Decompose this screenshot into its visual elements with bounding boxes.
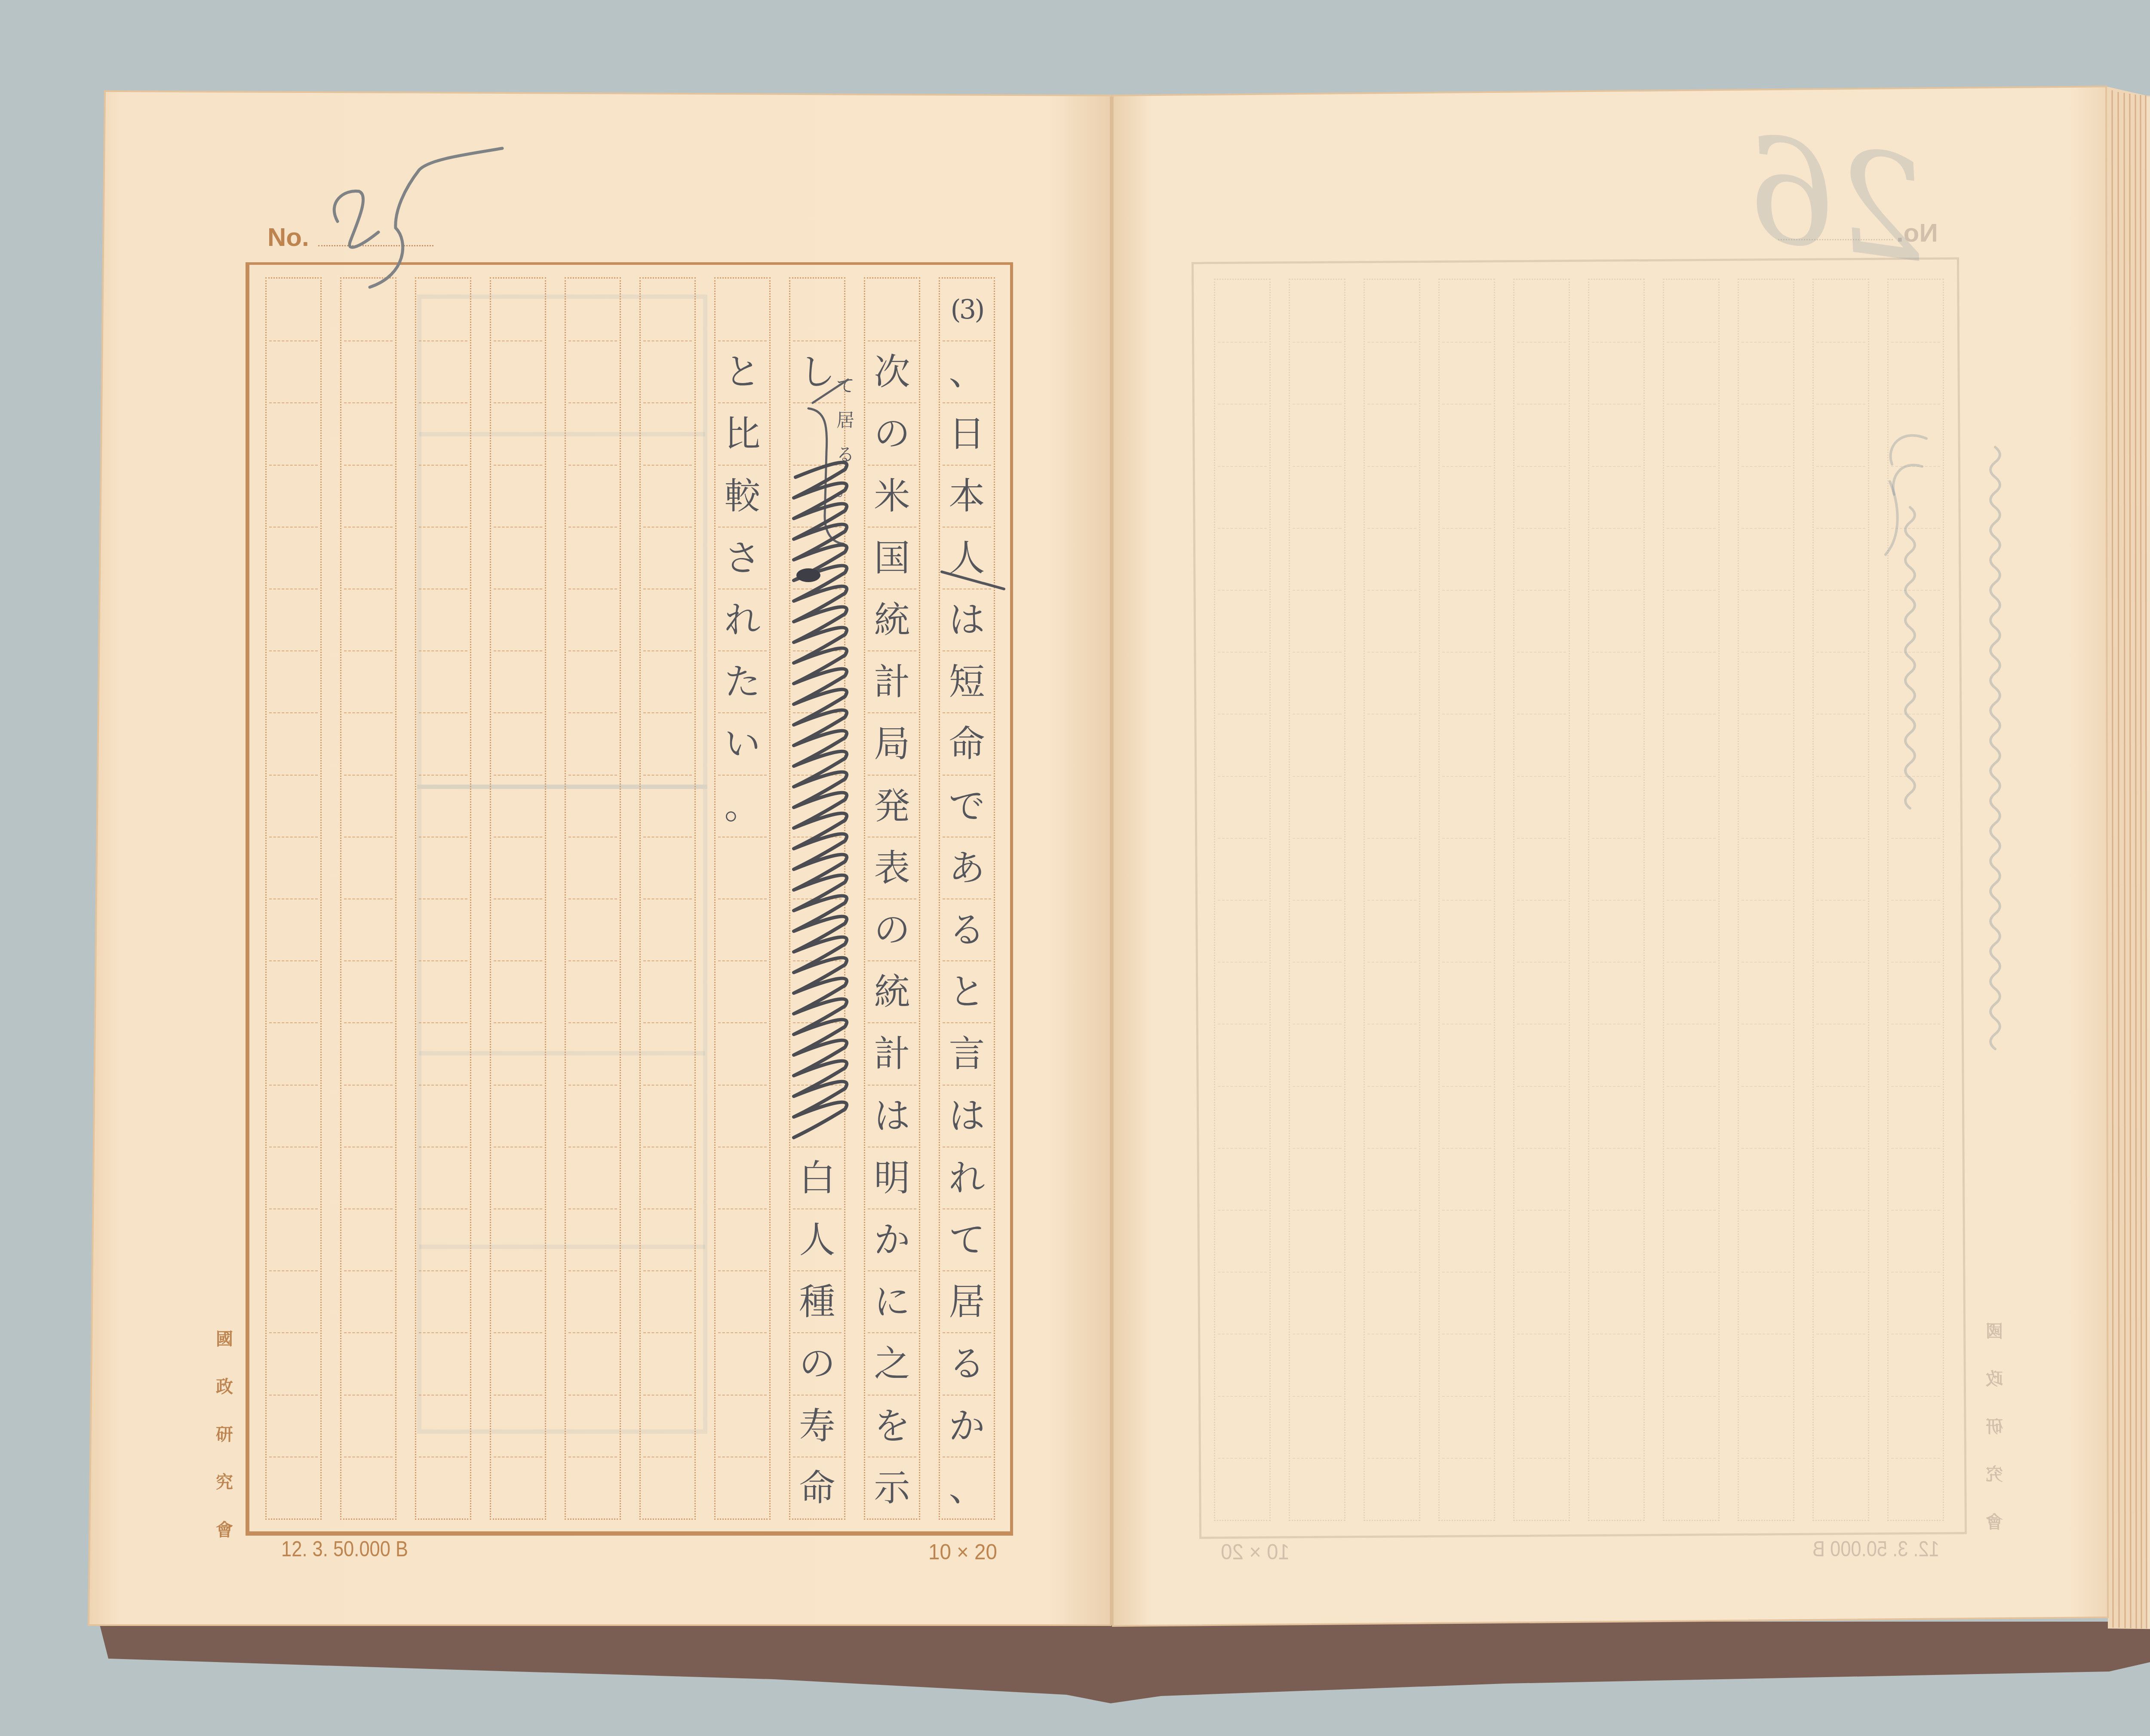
show-through-grid-format-wrap: 10 × 20 bbox=[1221, 1541, 1290, 1563]
manuscript-cell bbox=[1592, 714, 1641, 776]
manuscript-cell bbox=[1218, 652, 1267, 714]
manuscript-cell bbox=[793, 775, 842, 837]
manuscript-cell bbox=[1667, 1396, 1716, 1458]
notebook-photo: No. (3)、日本人は短命であると言はれて居るか、次の米国統計局発表の統計は明… bbox=[0, 0, 2150, 1736]
manuscript-cell bbox=[1442, 1458, 1491, 1520]
manuscript-cell bbox=[344, 589, 393, 650]
manuscript-cell bbox=[568, 1457, 617, 1518]
manuscript-cell: 之 bbox=[868, 1332, 916, 1394]
manuscript-cell bbox=[1741, 1086, 1791, 1148]
manuscript-cell bbox=[494, 899, 542, 960]
manuscript-cell: 人 bbox=[793, 1208, 842, 1270]
left-page-column-10 bbox=[265, 277, 322, 1520]
manuscript-cell bbox=[1816, 838, 1865, 900]
right-page-show-through-column-1 bbox=[1214, 279, 1271, 1521]
manuscript-cell bbox=[419, 1332, 467, 1394]
manuscript-cell bbox=[1442, 1334, 1491, 1396]
manuscript-cell bbox=[419, 1208, 467, 1270]
manuscript-cell bbox=[1816, 962, 1865, 1024]
manuscript-cell bbox=[1218, 342, 1267, 404]
manuscript-cell bbox=[1816, 1334, 1865, 1396]
manuscript-cell bbox=[1667, 1148, 1716, 1210]
manuscript-cell bbox=[494, 837, 542, 899]
manuscript-cell bbox=[1891, 342, 1940, 404]
manuscript-cell bbox=[643, 899, 692, 960]
manuscript-cell bbox=[1218, 962, 1267, 1024]
manuscript-cell: 人 bbox=[943, 527, 991, 589]
manuscript-cell bbox=[344, 1332, 393, 1394]
manuscript-cell bbox=[643, 1147, 692, 1208]
imprint-char: 會 bbox=[214, 1506, 235, 1554]
manuscript-cell: は bbox=[943, 589, 991, 650]
manuscript-cell: を bbox=[868, 1395, 916, 1457]
manuscript-cell bbox=[1293, 838, 1342, 900]
manuscript-cell bbox=[494, 1332, 542, 1394]
manuscript-cell bbox=[1816, 342, 1865, 404]
manuscript-cell bbox=[643, 1457, 692, 1518]
manuscript-cell bbox=[1891, 838, 1940, 900]
manuscript-cell bbox=[1293, 1086, 1342, 1148]
show-through-imprint-vertical: 國 政 研 究 會 bbox=[1984, 1308, 2005, 1546]
manuscript-cell bbox=[1741, 1272, 1791, 1334]
manuscript-cell bbox=[568, 402, 617, 464]
manuscript-cell bbox=[1442, 1272, 1491, 1334]
manuscript-cell bbox=[1517, 404, 1566, 466]
manuscript-cell bbox=[1592, 652, 1641, 714]
manuscript-cell bbox=[1816, 590, 1865, 652]
manuscript-cell bbox=[1442, 652, 1491, 714]
left-page-column-1: (3)、日本人は短命であると言はれて居るか、 bbox=[939, 277, 995, 1520]
manuscript-cell: あ bbox=[943, 837, 991, 899]
manuscript-cell bbox=[1592, 590, 1641, 652]
manuscript-cell bbox=[718, 1208, 767, 1270]
manuscript-cell bbox=[1517, 1272, 1566, 1334]
manuscript-cell bbox=[793, 1022, 842, 1084]
manuscript-cell bbox=[419, 899, 467, 960]
manuscript-cell bbox=[643, 837, 692, 899]
manuscript-cell bbox=[1218, 1458, 1267, 1520]
left-page-column-4: と比較されたい。 bbox=[714, 277, 771, 1520]
manuscript-cell bbox=[1218, 838, 1267, 900]
manuscript-cell bbox=[643, 712, 692, 774]
book-shadow bbox=[99, 1622, 2150, 1703]
manuscript-cell: と bbox=[943, 960, 991, 1022]
manuscript-cell bbox=[568, 340, 617, 402]
manuscript-cell bbox=[1592, 1024, 1641, 1086]
manuscript-cell: 寿 bbox=[793, 1395, 842, 1457]
manuscript-cell bbox=[1517, 962, 1566, 1024]
manuscript-cell bbox=[1293, 1396, 1342, 1458]
manuscript-cell bbox=[643, 650, 692, 712]
manuscript-cell bbox=[1741, 1210, 1791, 1272]
manuscript-cell bbox=[568, 837, 617, 899]
page-number-underline bbox=[318, 245, 433, 246]
manuscript-cell bbox=[1517, 280, 1566, 342]
manuscript-cell bbox=[269, 1395, 318, 1457]
manuscript-cell bbox=[643, 1085, 692, 1147]
manuscript-cell bbox=[1517, 652, 1566, 714]
manuscript-cell bbox=[793, 527, 842, 589]
manuscript-cell bbox=[793, 712, 842, 774]
left-page-column-5 bbox=[639, 277, 696, 1520]
right-page-show-through-column-2 bbox=[1289, 279, 1345, 1521]
manuscript-cell bbox=[793, 650, 842, 712]
manuscript-cell bbox=[643, 465, 692, 527]
manuscript-cell bbox=[1741, 1396, 1791, 1458]
manuscript-cell bbox=[1592, 1396, 1641, 1458]
manuscript-cell bbox=[1816, 652, 1865, 714]
manuscript-cell bbox=[1592, 1334, 1641, 1396]
handwritten-insertion: て 居 る 。 bbox=[833, 369, 857, 506]
manuscript-cell bbox=[1367, 1086, 1416, 1148]
manuscript-cell: 計 bbox=[868, 1022, 916, 1084]
manuscript-cell bbox=[1442, 1086, 1491, 1148]
manuscript-cell bbox=[344, 775, 393, 837]
manuscript-cell bbox=[1218, 900, 1267, 962]
manuscript-cell bbox=[1293, 1024, 1342, 1086]
manuscript-cell bbox=[643, 527, 692, 589]
manuscript-cell bbox=[344, 1270, 393, 1332]
manuscript-cell bbox=[344, 402, 393, 464]
imprint-char: 政 bbox=[214, 1363, 235, 1411]
manuscript-cell bbox=[344, 837, 393, 899]
imprint-char: 究 bbox=[1984, 1451, 2005, 1499]
manuscript-cell bbox=[568, 1332, 617, 1394]
manuscript-cell bbox=[568, 279, 617, 340]
manuscript-cell bbox=[1741, 342, 1791, 404]
manuscript-cell bbox=[1367, 962, 1416, 1024]
manuscript-cell bbox=[793, 279, 842, 340]
right-page-show-through-column-6 bbox=[1588, 279, 1645, 1521]
manuscript-cell bbox=[1667, 280, 1716, 342]
manuscript-cell bbox=[269, 527, 318, 589]
manuscript-cell bbox=[1218, 590, 1267, 652]
manuscript-cell bbox=[1592, 1210, 1641, 1272]
manuscript-cell bbox=[1293, 590, 1342, 652]
right-page-show-through-column-9 bbox=[1812, 279, 1869, 1521]
manuscript-cell bbox=[1891, 1334, 1940, 1396]
manuscript-cell bbox=[1367, 1148, 1416, 1210]
manuscript-cell bbox=[568, 775, 617, 837]
manuscript-cell bbox=[1592, 838, 1641, 900]
manuscript-cell bbox=[1891, 1272, 1940, 1334]
manuscript-cell bbox=[419, 589, 467, 650]
manuscript-cell bbox=[1592, 1086, 1641, 1148]
manuscript-cell bbox=[494, 650, 542, 712]
manuscript-cell bbox=[1293, 342, 1342, 404]
manuscript-cell bbox=[1667, 342, 1716, 404]
manuscript-cell: 白 bbox=[793, 1147, 842, 1208]
manuscript-cell bbox=[1741, 1334, 1791, 1396]
manuscript-cell bbox=[269, 1085, 318, 1147]
manuscript-cell bbox=[1891, 714, 1940, 776]
manuscript-cell bbox=[1218, 466, 1267, 528]
manuscript-cell bbox=[494, 1085, 542, 1147]
manuscript-cell bbox=[1667, 838, 1716, 900]
manuscript-cell bbox=[568, 650, 617, 712]
manuscript-cell bbox=[568, 1147, 617, 1208]
manuscript-cell bbox=[269, 1208, 318, 1270]
manuscript-cell bbox=[1517, 1458, 1566, 1520]
manuscript-cell bbox=[1816, 1210, 1865, 1272]
manuscript-cell bbox=[1442, 528, 1491, 590]
show-through-grid-format: 10 × 20 bbox=[1224, 1541, 1290, 1563]
manuscript-cell bbox=[1816, 528, 1865, 590]
manuscript-cell bbox=[718, 1395, 767, 1457]
manuscript-cell bbox=[419, 1395, 467, 1457]
manuscript-cell bbox=[494, 1022, 542, 1084]
manuscript-cell bbox=[419, 340, 467, 402]
manuscript-cell bbox=[568, 589, 617, 650]
right-page-show-through-column-7 bbox=[1663, 279, 1720, 1521]
manuscript-cell bbox=[494, 1270, 542, 1332]
manuscript-cell bbox=[1367, 714, 1416, 776]
manuscript-cell bbox=[568, 1085, 617, 1147]
manuscript-cell bbox=[643, 1332, 692, 1394]
manuscript-cell bbox=[1442, 1148, 1491, 1210]
manuscript-cell bbox=[1891, 1148, 1940, 1210]
manuscript-cell bbox=[494, 712, 542, 774]
manuscript-cell bbox=[419, 960, 467, 1022]
manuscript-cell bbox=[1218, 1086, 1267, 1148]
manuscript-cell bbox=[1891, 1210, 1940, 1272]
manuscript-cell: て bbox=[943, 1208, 991, 1270]
manuscript-cell bbox=[1442, 900, 1491, 962]
manuscript-cell: る bbox=[943, 1332, 991, 1394]
manuscript-cell bbox=[1891, 776, 1940, 838]
manuscript-cell bbox=[494, 589, 542, 650]
manuscript-cell bbox=[1741, 962, 1791, 1024]
manuscript-cell bbox=[1592, 962, 1641, 1024]
manuscript-cell bbox=[344, 1395, 393, 1457]
manuscript-cell bbox=[1816, 466, 1865, 528]
manuscript-cell bbox=[494, 279, 542, 340]
manuscript-cell bbox=[344, 465, 393, 527]
manuscript-cell bbox=[1667, 1272, 1716, 1334]
manuscript-cell bbox=[1442, 962, 1491, 1024]
manuscript-cell bbox=[419, 712, 467, 774]
manuscript-cell bbox=[568, 1022, 617, 1084]
manuscript-cell: 次 bbox=[868, 340, 916, 402]
manuscript-cell bbox=[718, 960, 767, 1022]
manuscript-cell bbox=[269, 775, 318, 837]
manuscript-cell bbox=[1592, 528, 1641, 590]
manuscript-cell bbox=[1293, 652, 1342, 714]
manuscript-cell: 短 bbox=[943, 650, 991, 712]
manuscript-cell bbox=[718, 1270, 767, 1332]
manuscript-cell bbox=[1367, 280, 1416, 342]
manuscript-cell bbox=[494, 1457, 542, 1518]
manuscript-cell bbox=[1592, 404, 1641, 466]
manuscript-cell bbox=[1293, 1272, 1342, 1334]
manuscript-cell bbox=[494, 960, 542, 1022]
manuscript-cell: れ bbox=[718, 589, 767, 650]
manuscript-cell bbox=[1293, 714, 1342, 776]
manuscript-cell bbox=[419, 1270, 467, 1332]
manuscript-cell: 発 bbox=[868, 775, 916, 837]
manuscript-cell bbox=[344, 899, 393, 960]
manuscript-cell bbox=[269, 1332, 318, 1394]
manuscript-cell bbox=[1741, 466, 1791, 528]
right-page-show-through-column-10 bbox=[1887, 279, 1944, 1521]
manuscript-cell: る bbox=[943, 899, 991, 960]
manuscript-cell bbox=[568, 527, 617, 589]
grid-format-label: 10 × 20 bbox=[928, 1541, 997, 1563]
manuscript-cell bbox=[643, 402, 692, 464]
manuscript-cell bbox=[1891, 900, 1940, 962]
imprint-char: 研 bbox=[1984, 1403, 2005, 1451]
manuscript-cell bbox=[568, 899, 617, 960]
manuscript-cell bbox=[1667, 1334, 1716, 1396]
manuscript-cell bbox=[1891, 528, 1940, 590]
manuscript-cell: 命 bbox=[793, 1457, 842, 1518]
manuscript-cell bbox=[269, 837, 318, 899]
manuscript-cell bbox=[344, 1147, 393, 1208]
right-page-show-through-column-4 bbox=[1438, 279, 1495, 1521]
manuscript-cell bbox=[1442, 466, 1491, 528]
manuscript-cell bbox=[419, 1022, 467, 1084]
manuscript-cell: の bbox=[868, 899, 916, 960]
manuscript-cell bbox=[1367, 342, 1416, 404]
manuscript-cell bbox=[494, 527, 542, 589]
manuscript-cell bbox=[419, 650, 467, 712]
manuscript-cell: 命 bbox=[943, 712, 991, 774]
manuscript-cell bbox=[718, 1022, 767, 1084]
manuscript-cell bbox=[1592, 1272, 1641, 1334]
manuscript-cell bbox=[269, 960, 318, 1022]
show-through-print-code-wrap: 12. 3. 50.000 B bbox=[1808, 1538, 1939, 1560]
manuscript-cell bbox=[1517, 590, 1566, 652]
imprint-char: 政 bbox=[1984, 1356, 2005, 1403]
manuscript-cell bbox=[1367, 776, 1416, 838]
manuscript-cell bbox=[1667, 590, 1716, 652]
insertion-char: 。 bbox=[833, 472, 857, 506]
manuscript-cell bbox=[494, 340, 542, 402]
manuscript-cell: は bbox=[868, 1085, 916, 1147]
manuscript-cell bbox=[1218, 1396, 1267, 1458]
manuscript-cell: 明 bbox=[868, 1147, 916, 1208]
manuscript-cell bbox=[1667, 1210, 1716, 1272]
manuscript-cell bbox=[1891, 466, 1940, 528]
manuscript-cell bbox=[1442, 714, 1491, 776]
manuscript-cell bbox=[643, 1208, 692, 1270]
imprint-char: 研 bbox=[214, 1411, 235, 1458]
manuscript-cell bbox=[1517, 900, 1566, 962]
publisher-imprint-vertical: 國 政 研 究 會 bbox=[214, 1315, 235, 1554]
manuscript-cell bbox=[344, 1085, 393, 1147]
manuscript-cell bbox=[1367, 838, 1416, 900]
manuscript-cell: か bbox=[868, 1208, 916, 1270]
manuscript-cell bbox=[1442, 280, 1491, 342]
manuscript-cell bbox=[344, 527, 393, 589]
manuscript-cell bbox=[1816, 1396, 1865, 1458]
manuscript-cell bbox=[1592, 280, 1641, 342]
manuscript-cell bbox=[419, 1085, 467, 1147]
manuscript-cell bbox=[269, 340, 318, 402]
manuscript-cell: い bbox=[718, 712, 767, 774]
manuscript-cell bbox=[1891, 1024, 1940, 1086]
manuscript-cell bbox=[1517, 342, 1566, 404]
manuscript-cell bbox=[643, 279, 692, 340]
manuscript-cell: で bbox=[943, 775, 991, 837]
manuscript-cell bbox=[1218, 528, 1267, 590]
manuscript-cell bbox=[1367, 1272, 1416, 1334]
manuscript-cell bbox=[1741, 1458, 1791, 1520]
insertion-char: 居 bbox=[833, 403, 857, 438]
manuscript-cell: 言 bbox=[943, 1022, 991, 1084]
manuscript-cell bbox=[1517, 1334, 1566, 1396]
imprint-char: 國 bbox=[1984, 1308, 2005, 1356]
manuscript-cell: か bbox=[943, 1395, 991, 1457]
manuscript-cell bbox=[643, 1395, 692, 1457]
manuscript-cell bbox=[1816, 280, 1865, 342]
manuscript-cell bbox=[1816, 776, 1865, 838]
manuscript-cell bbox=[1816, 1086, 1865, 1148]
right-page-show-through-column-5 bbox=[1513, 279, 1570, 1521]
manuscript-cell bbox=[1741, 838, 1791, 900]
manuscript-cell bbox=[1517, 1024, 1566, 1086]
manuscript-cell bbox=[1517, 1148, 1566, 1210]
manuscript-cell bbox=[1741, 714, 1791, 776]
manuscript-cell bbox=[269, 1022, 318, 1084]
manuscript-cell bbox=[718, 1457, 767, 1518]
manuscript-cell: 種 bbox=[793, 1270, 842, 1332]
manuscript-cell: 統 bbox=[868, 960, 916, 1022]
left-page-column-6 bbox=[565, 277, 621, 1520]
manuscript-cell bbox=[344, 650, 393, 712]
manuscript-cell bbox=[718, 1332, 767, 1394]
manuscript-cell bbox=[1592, 1148, 1641, 1210]
manuscript-cell bbox=[269, 1457, 318, 1518]
manuscript-cell bbox=[1367, 466, 1416, 528]
manuscript-cell bbox=[568, 960, 617, 1022]
manuscript-cell bbox=[1367, 590, 1416, 652]
manuscript-cell bbox=[1741, 528, 1791, 590]
manuscript-cell bbox=[718, 279, 767, 340]
manuscript-cell bbox=[419, 279, 467, 340]
manuscript-cell bbox=[1293, 1148, 1342, 1210]
manuscript-cell: 、 bbox=[943, 1457, 991, 1518]
manuscript-cell bbox=[1442, 342, 1491, 404]
manuscript-cell: と bbox=[718, 340, 767, 402]
manuscript-cell bbox=[1667, 776, 1716, 838]
manuscript-cell bbox=[269, 712, 318, 774]
manuscript-cell bbox=[1442, 1024, 1491, 1086]
manuscript-cell bbox=[1741, 404, 1791, 466]
manuscript-cell bbox=[494, 402, 542, 464]
manuscript-cell bbox=[718, 899, 767, 960]
manuscript-cell bbox=[1367, 652, 1416, 714]
manuscript-cell bbox=[1592, 466, 1641, 528]
manuscript-cell bbox=[269, 279, 318, 340]
manuscript-cell bbox=[1293, 1458, 1342, 1520]
manuscript-cell bbox=[1367, 900, 1416, 962]
manuscript-cell bbox=[344, 712, 393, 774]
manuscript-cell bbox=[1592, 342, 1641, 404]
manuscript-cell: た bbox=[718, 650, 767, 712]
imprint-char: 會 bbox=[1984, 1499, 2005, 1546]
manuscript-cell bbox=[1667, 1458, 1716, 1520]
manuscript-cell bbox=[344, 1457, 393, 1518]
manuscript-cell bbox=[1741, 1024, 1791, 1086]
imprint-char: 究 bbox=[214, 1458, 235, 1506]
right-page-show-through-column-3 bbox=[1364, 279, 1420, 1521]
manuscript-cell bbox=[1367, 1334, 1416, 1396]
manuscript-cell bbox=[1293, 528, 1342, 590]
manuscript-cell bbox=[269, 402, 318, 464]
manuscript-cell bbox=[1667, 466, 1716, 528]
manuscript-cell bbox=[1816, 1272, 1865, 1334]
